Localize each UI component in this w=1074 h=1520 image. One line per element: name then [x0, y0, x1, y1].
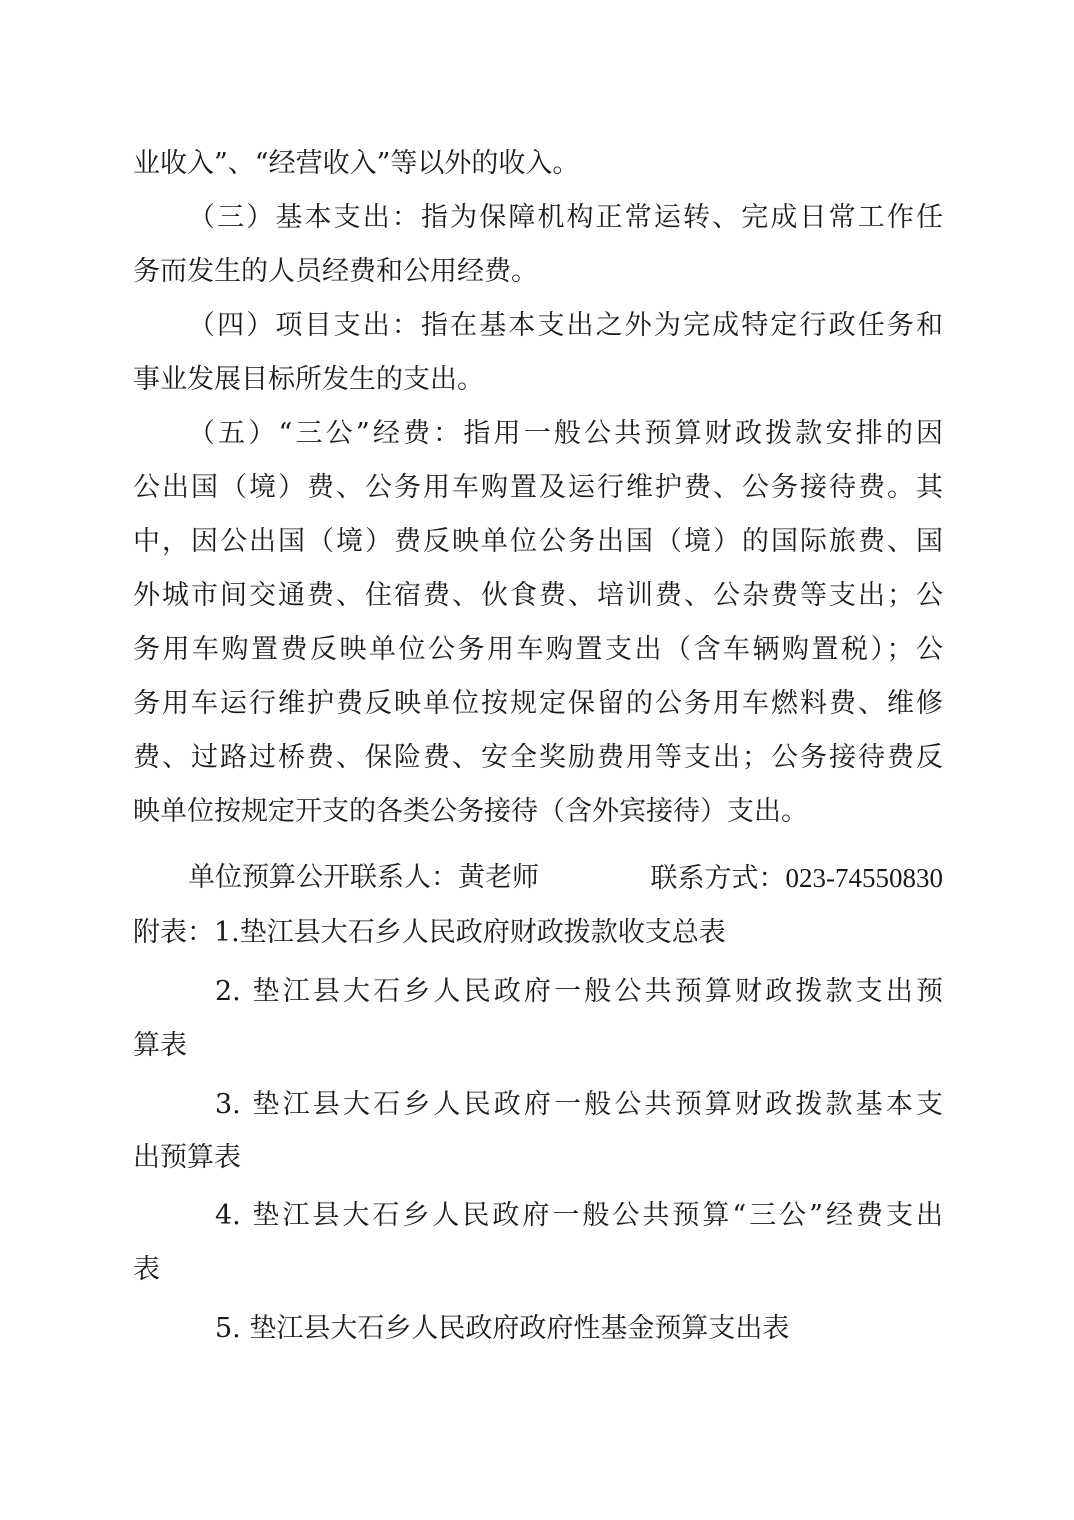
contact-phone: 联系方式：023-74550830 — [651, 858, 944, 898]
attachment-item-3: 3. 垫江县大石乡人民政府一般公共预算财政拨款基本支 — [215, 1085, 943, 1125]
contact-phone-value: 023-74550830 — [786, 858, 944, 898]
contact-info-row: 单位预算公开联系人：黄老师 联系方式：023-74550830 — [188, 858, 943, 898]
paragraph-line: 务用车购置费反映单位公务用车购置支出（含车辆购置税）；公 — [133, 630, 943, 670]
attachment-item-5: 5. 垫江县大石乡人民政府政府性基金预算支出表 — [215, 1309, 943, 1349]
attachment-item-4-continuation: 表 — [133, 1250, 943, 1290]
paragraph-line: 公出国（境）费、公务用车购置及运行维护费、公务接待费。其 — [133, 468, 943, 508]
paragraph-line: 外城市间交通费、住宿费、伙食费、培训费、公杂费等支出；公 — [133, 576, 943, 616]
paragraph-line: 费、过路过桥费、保险费、安全奖励费用等支出；公务接待费反 — [133, 738, 943, 778]
section-basic-expenditure-heading-line: （三）基本支出：指为保障机构正常运转、完成日常工作任 — [188, 198, 943, 238]
attachment-item-2: 2. 垫江县大石乡人民政府一般公共预算财政拨款支出预 — [215, 972, 943, 1012]
document-page: 业收入”、“经营收入”等以外的收入。 （三）基本支出：指为保障机构正常运转、完成… — [0, 0, 1074, 1520]
contact-phone-label: 联系方式： — [651, 859, 786, 899]
paragraph-line: 中，因公出国（境）费反映单位公务出国（境）的国际旅费、国 — [133, 522, 943, 562]
section-project-expenditure-heading-line: （四）项目支出：指在基本支出之外为完成特定行政任务和 — [188, 306, 943, 346]
attachment-item-4: 4. 垫江县大石乡人民政府一般公共预算“三公”经费支出 — [215, 1196, 943, 1236]
paragraph-line: 事业发展目标所发生的支出。 — [133, 360, 943, 400]
paragraph-line: 业收入”、“经营收入”等以外的收入。 — [133, 144, 943, 184]
attachment-item-3-continuation: 出预算表 — [133, 1138, 943, 1178]
attachment-item-1: 附表：1.垫江县大石乡人民政府财政拨款收支总表 — [133, 913, 943, 953]
paragraph-line: 务用车运行维护费反映单位按规定保留的公务用车燃料费、维修 — [133, 684, 943, 724]
contact-person: 单位预算公开联系人：黄老师 — [188, 858, 539, 898]
section-three-public-funds-heading-line: （五）“三公”经费：指用一般公共预算财政拨款安排的因 — [188, 414, 943, 454]
paragraph-line: 映单位按规定开支的各类公务接待（含外宾接待）支出。 — [133, 792, 943, 832]
attachment-item-2-continuation: 算表 — [133, 1026, 943, 1066]
paragraph-line: 务而发生的人员经费和公用经费。 — [133, 252, 943, 292]
